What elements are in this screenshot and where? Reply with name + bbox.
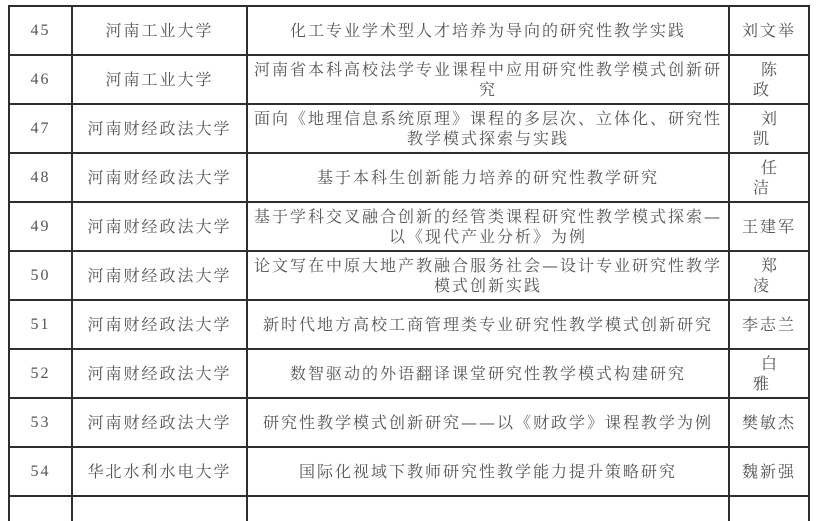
- row-number: 48: [9, 153, 72, 202]
- author-cell: 王建军: [729, 202, 809, 251]
- university-cell: 华北水利水电大学: [72, 447, 247, 496]
- author-cell: 任洁: [729, 153, 809, 202]
- table-row: 50 河南财经政法大学 论文写在中原大地产教融合服务社会—设计专业研究性教学模式…: [9, 251, 809, 300]
- project-title-cell: 国际化视域下教师研究性教学能力提升策略研究: [247, 447, 729, 496]
- author-cell: 樊敏杰: [729, 398, 809, 447]
- author-cell: 郑凌: [729, 251, 809, 300]
- row-number: [9, 496, 72, 521]
- university-cell: 河南财经政法大学: [72, 153, 247, 202]
- row-number: 54: [9, 447, 72, 496]
- table-row: 46 河南工业大学 河南省本科高校法学专业课程中应用研究性教学模式创新研究 陈政: [9, 55, 809, 104]
- university-cell: 河南工业大学: [72, 55, 247, 104]
- table-row: 53 河南财经政法大学 研究性教学模式创新研究——以《财政学》课程教学为例 樊敏…: [9, 398, 809, 447]
- project-title-cell: 基于学科交叉融合创新的经管类课程研究性教学模式探索—以《现代产业分析》为例: [247, 202, 729, 251]
- row-number: 53: [9, 398, 72, 447]
- table-row: 51 河南财经政法大学 新时代地方高校工商管理类专业研究性教学模式创新研究 李志…: [9, 300, 809, 349]
- author-cell: [729, 496, 809, 521]
- university-cell: 河南财经政法大学: [72, 251, 247, 300]
- table-row: 52 河南财经政法大学 数智驱动的外语翻译课堂研究性教学模式构建研究 白雅: [9, 349, 809, 398]
- university-cell: 河南工业大学: [72, 6, 247, 55]
- document-page: 45 河南工业大学 化工专业学术型人才培养为导向的研究性教学实践 刘文举 46 …: [8, 5, 808, 521]
- author-cell: 李志兰: [729, 300, 809, 349]
- project-title-cell: 研究性教学模式创新研究——以《财政学》课程教学为例: [247, 398, 729, 447]
- row-number: 49: [9, 202, 72, 251]
- university-cell: 河南财经政法大学: [72, 349, 247, 398]
- project-title-cell: [247, 496, 729, 521]
- project-title-cell: 新时代地方高校工商管理类专业研究性教学模式创新研究: [247, 300, 729, 349]
- row-number: 47: [9, 104, 72, 153]
- row-number: 52: [9, 349, 72, 398]
- row-number: 45: [9, 6, 72, 55]
- author-cell: 刘凯: [729, 104, 809, 153]
- row-number: 46: [9, 55, 72, 104]
- author-cell: 白雅: [729, 349, 809, 398]
- project-title-cell: 面向《地理信息系统原理》课程的多层次、立体化、研究性教学模式探索与实践: [247, 104, 729, 153]
- project-list-table: 45 河南工业大学 化工专业学术型人才培养为导向的研究性教学实践 刘文举 46 …: [8, 5, 810, 521]
- table-row-partial: [9, 496, 809, 521]
- table-row: 48 河南财经政法大学 基于本科生创新能力培养的研究性教学研究 任洁: [9, 153, 809, 202]
- table-body: 45 河南工业大学 化工专业学术型人才培养为导向的研究性教学实践 刘文举 46 …: [9, 6, 809, 521]
- table-row: 54 华北水利水电大学 国际化视域下教师研究性教学能力提升策略研究 魏新强: [9, 447, 809, 496]
- row-number: 51: [9, 300, 72, 349]
- university-cell: 河南财经政法大学: [72, 398, 247, 447]
- author-cell: 刘文举: [729, 6, 809, 55]
- table-row: 49 河南财经政法大学 基于学科交叉融合创新的经管类课程研究性教学模式探索—以《…: [9, 202, 809, 251]
- project-title-cell: 论文写在中原大地产教融合服务社会—设计专业研究性教学模式创新实践: [247, 251, 729, 300]
- project-title-cell: 数智驱动的外语翻译课堂研究性教学模式构建研究: [247, 349, 729, 398]
- author-cell: 魏新强: [729, 447, 809, 496]
- university-cell: 河南财经政法大学: [72, 202, 247, 251]
- university-cell: [72, 496, 247, 521]
- table-row: 47 河南财经政法大学 面向《地理信息系统原理》课程的多层次、立体化、研究性教学…: [9, 104, 809, 153]
- university-cell: 河南财经政法大学: [72, 300, 247, 349]
- author-cell: 陈政: [729, 55, 809, 104]
- row-number: 50: [9, 251, 72, 300]
- project-title-cell: 基于本科生创新能力培养的研究性教学研究: [247, 153, 729, 202]
- project-title-cell: 化工专业学术型人才培养为导向的研究性教学实践: [247, 6, 729, 55]
- table-row: 45 河南工业大学 化工专业学术型人才培养为导向的研究性教学实践 刘文举: [9, 6, 809, 55]
- university-cell: 河南财经政法大学: [72, 104, 247, 153]
- project-title-cell: 河南省本科高校法学专业课程中应用研究性教学模式创新研究: [247, 55, 729, 104]
